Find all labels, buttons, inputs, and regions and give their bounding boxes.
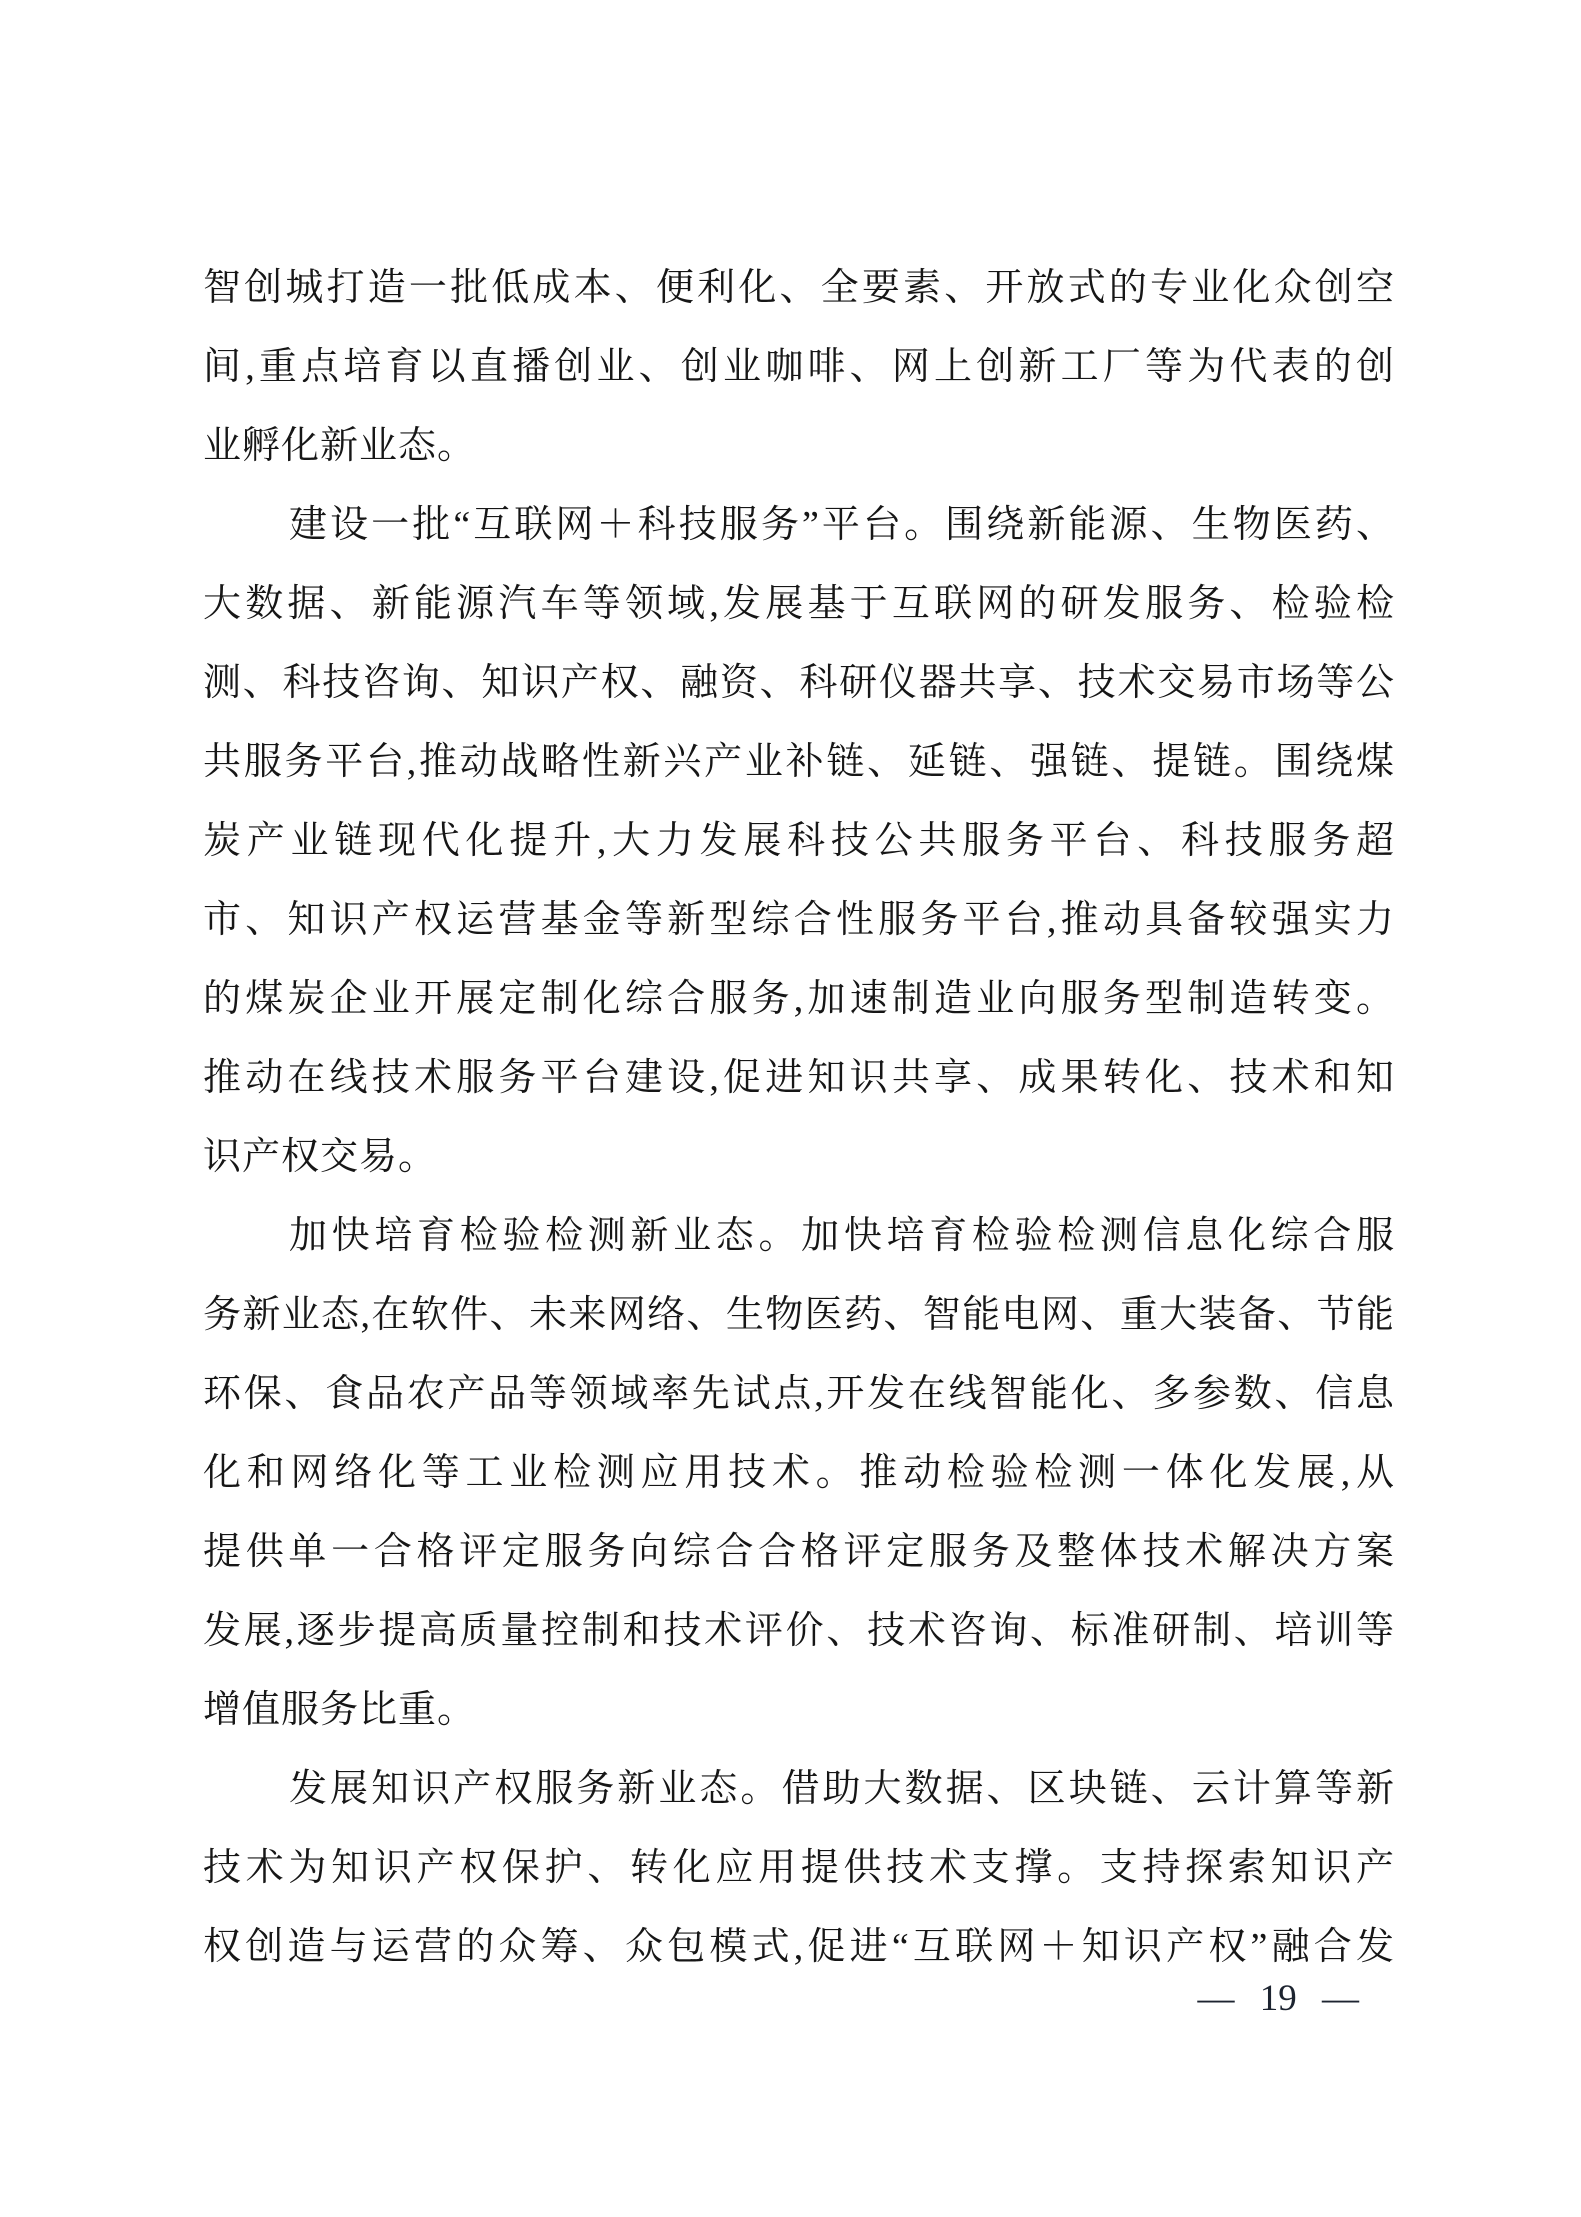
text-line: 发展知识产权服务新业态。借助大数据、区块链、云计算等新 [203,1750,1395,1829]
text-line: 市、知识产权运营基金等新型综合性服务平台,推动具备较强实力 [203,881,1395,960]
text-line: 务新业态,在软件、未来网络、生物医药、智能电网、重大装备、节能 [203,1276,1395,1355]
text-line: 的煤炭企业开展定制化综合服务,加速制造业向服务型制造转变。 [203,960,1395,1039]
text-line: 识产权交易。 [203,1118,1395,1197]
document-page: 智创城打造一批低成本、便利化、全要素、开放式的专业化众创空 间,重点培育以直播创… [0,0,1581,2217]
text-line: 炭产业链现代化提升,大力发展科技公共服务平台、科技服务超 [203,802,1395,881]
text-line: 加快培育检验检测新业态。加快培育检验检测信息化综合服 [203,1197,1395,1276]
text-line: 环保、食品农产品等领域率先试点,开发在线智能化、多参数、信息 [203,1355,1395,1434]
text-line: 增值服务比重。 [203,1671,1395,1750]
text-line: 技术为知识产权保护、转化应用提供技术支撑。支持探索知识产 [203,1829,1395,1908]
page-number: — 19 — [1198,1978,1360,2020]
text-line: 建设一批“互联网＋科技服务”平台。围绕新能源、生物医药、 [203,486,1395,565]
text-line: 提供单一合格评定服务向综合合格评定服务及整体技术解决方案 [203,1513,1395,1592]
text-line: 化和网络化等工业检测应用技术。推动检验检测一体化发展,从 [203,1434,1395,1513]
text-line: 业孵化新业态。 [203,407,1395,486]
text-line: 测、科技咨询、知识产权、融资、科研仪器共享、技术交易市场等公 [203,644,1395,723]
text-line: 智创城打造一批低成本、便利化、全要素、开放式的专业化众创空 [203,249,1395,328]
text-line: 大数据、新能源汽车等领域,发展基于互联网的研发服务、检验检 [203,565,1395,644]
document-text-block: 智创城打造一批低成本、便利化、全要素、开放式的专业化众创空 间,重点培育以直播创… [203,249,1395,1987]
text-line: 推动在线技术服务平台建设,促进知识共享、成果转化、技术和知 [203,1039,1395,1118]
text-line: 权创造与运营的众筹、众包模式,促进“互联网＋知识产权”融合发 [203,1908,1395,1987]
text-line: 发展,逐步提高质量控制和技术评价、技术咨询、标准研制、培训等 [203,1592,1395,1671]
text-line: 共服务平台,推动战略性新兴产业补链、延链、强链、提链。围绕煤 [203,723,1395,802]
text-line: 间,重点培育以直播创业、创业咖啡、网上创新工厂等为代表的创 [203,328,1395,407]
